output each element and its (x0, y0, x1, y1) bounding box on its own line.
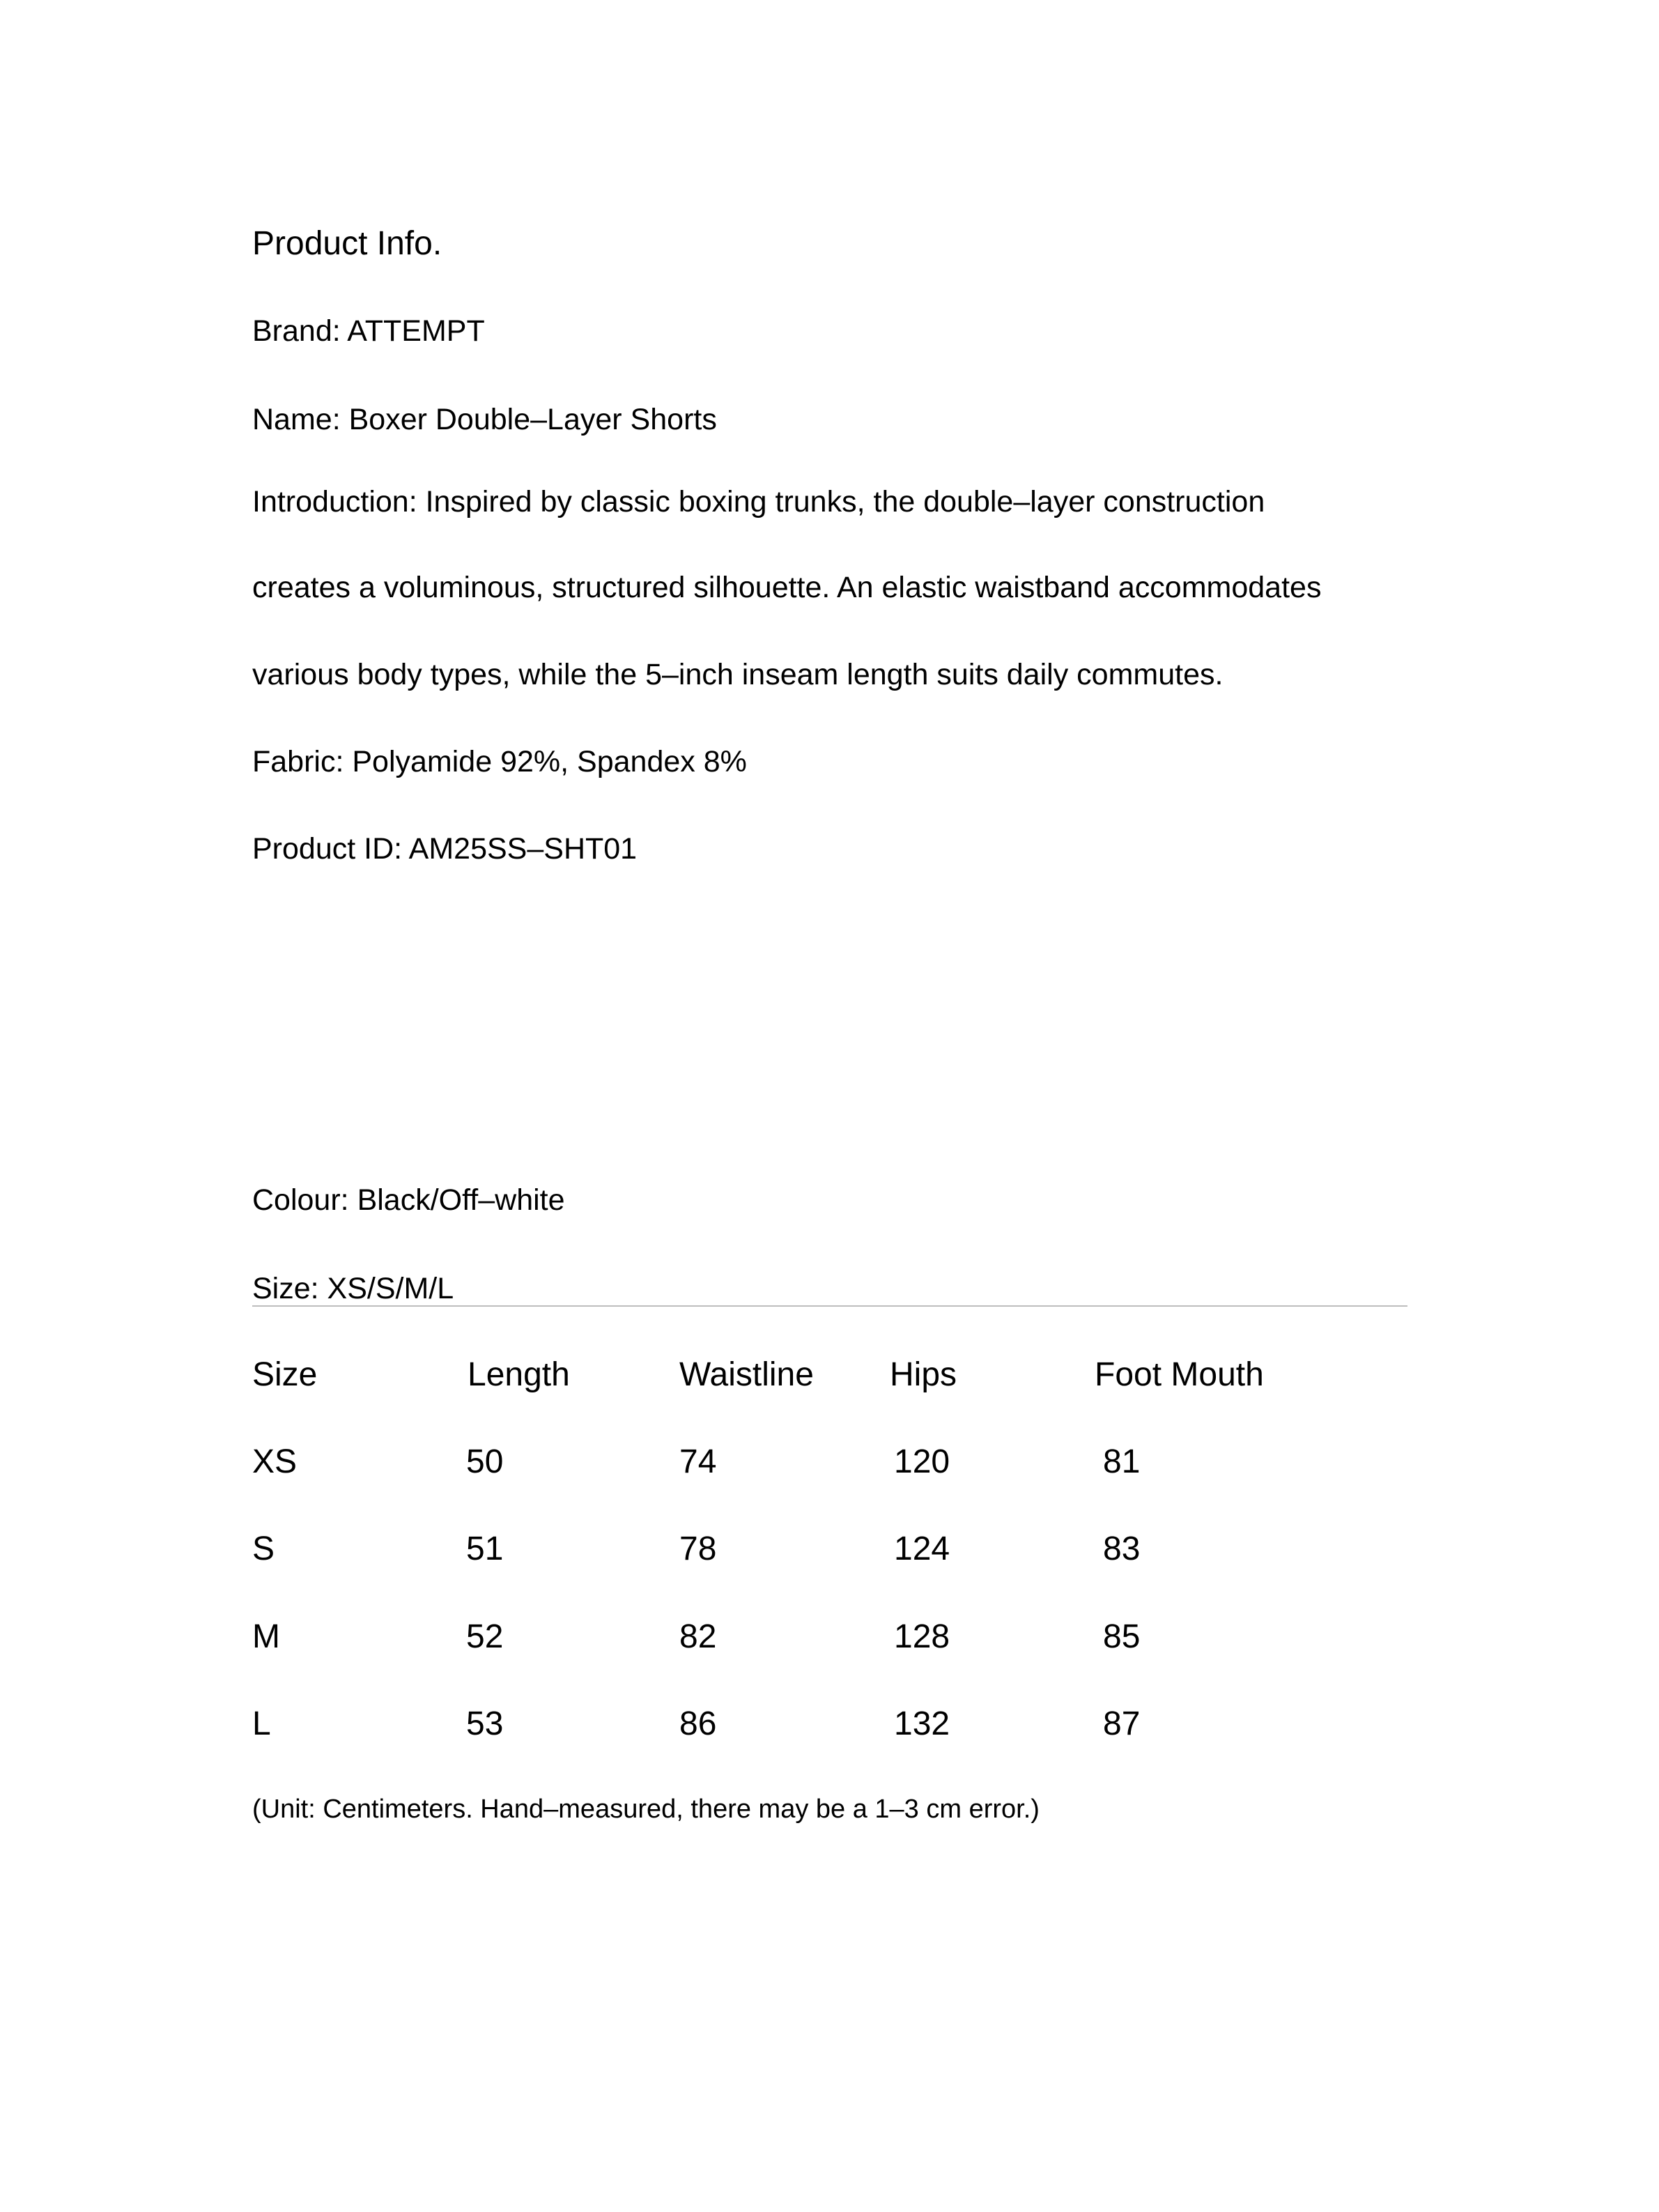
header-length: Length (468, 1358, 570, 1392)
cell-length: 51 (466, 1533, 503, 1566)
cell-hips: 124 (894, 1533, 950, 1566)
page-title: Product Info. (252, 227, 442, 261)
header-size: Size (252, 1358, 317, 1392)
measurement-footnote: (Unit: Centimeters. Hand–measured, there… (252, 1796, 1040, 1822)
cell-length: 53 (466, 1707, 503, 1741)
fabric-line: Fabric: Polyamide 92%, Spandex 8% (252, 747, 747, 777)
cell-size: XS (252, 1445, 297, 1479)
introduction-line-3: various body types, while the 5–inch ins… (252, 660, 1223, 690)
cell-size: L (252, 1707, 271, 1741)
name-line: Name: Boxer Double–Layer Shorts (252, 405, 717, 435)
cell-waistline: 78 (679, 1533, 716, 1566)
cell-size: S (252, 1533, 275, 1566)
cell-waistline: 74 (679, 1445, 716, 1479)
colour-line: Colour: Black/Off–white (252, 1185, 565, 1215)
introduction-line-1: Introduction: Inspired by classic boxing… (252, 487, 1265, 517)
cell-foot-mouth: 83 (1103, 1533, 1140, 1566)
cell-foot-mouth: 81 (1103, 1445, 1140, 1479)
cell-hips: 128 (894, 1620, 950, 1654)
cell-length: 50 (466, 1445, 503, 1479)
cell-hips: 132 (894, 1707, 950, 1741)
header-waistline: Waistline (679, 1358, 814, 1392)
brand-line: Brand: ATTEMPT (252, 316, 485, 346)
cell-hips: 120 (894, 1445, 950, 1479)
cell-waistline: 82 (679, 1620, 716, 1654)
header-hips: Hips (890, 1358, 957, 1392)
cell-size: M (252, 1620, 280, 1654)
cell-foot-mouth: 85 (1103, 1620, 1140, 1654)
cell-waistline: 86 (679, 1707, 716, 1741)
section-divider (252, 1305, 1407, 1307)
size-line: Size: XS/S/M/L (252, 1274, 454, 1304)
introduction-line-2: creates a voluminous, structured silhoue… (252, 573, 1321, 603)
cell-foot-mouth: 87 (1103, 1707, 1140, 1741)
header-foot-mouth: Foot Mouth (1095, 1358, 1264, 1392)
product-id-line: Product ID: AM25SS–SHT01 (252, 834, 637, 864)
cell-length: 52 (466, 1620, 503, 1654)
